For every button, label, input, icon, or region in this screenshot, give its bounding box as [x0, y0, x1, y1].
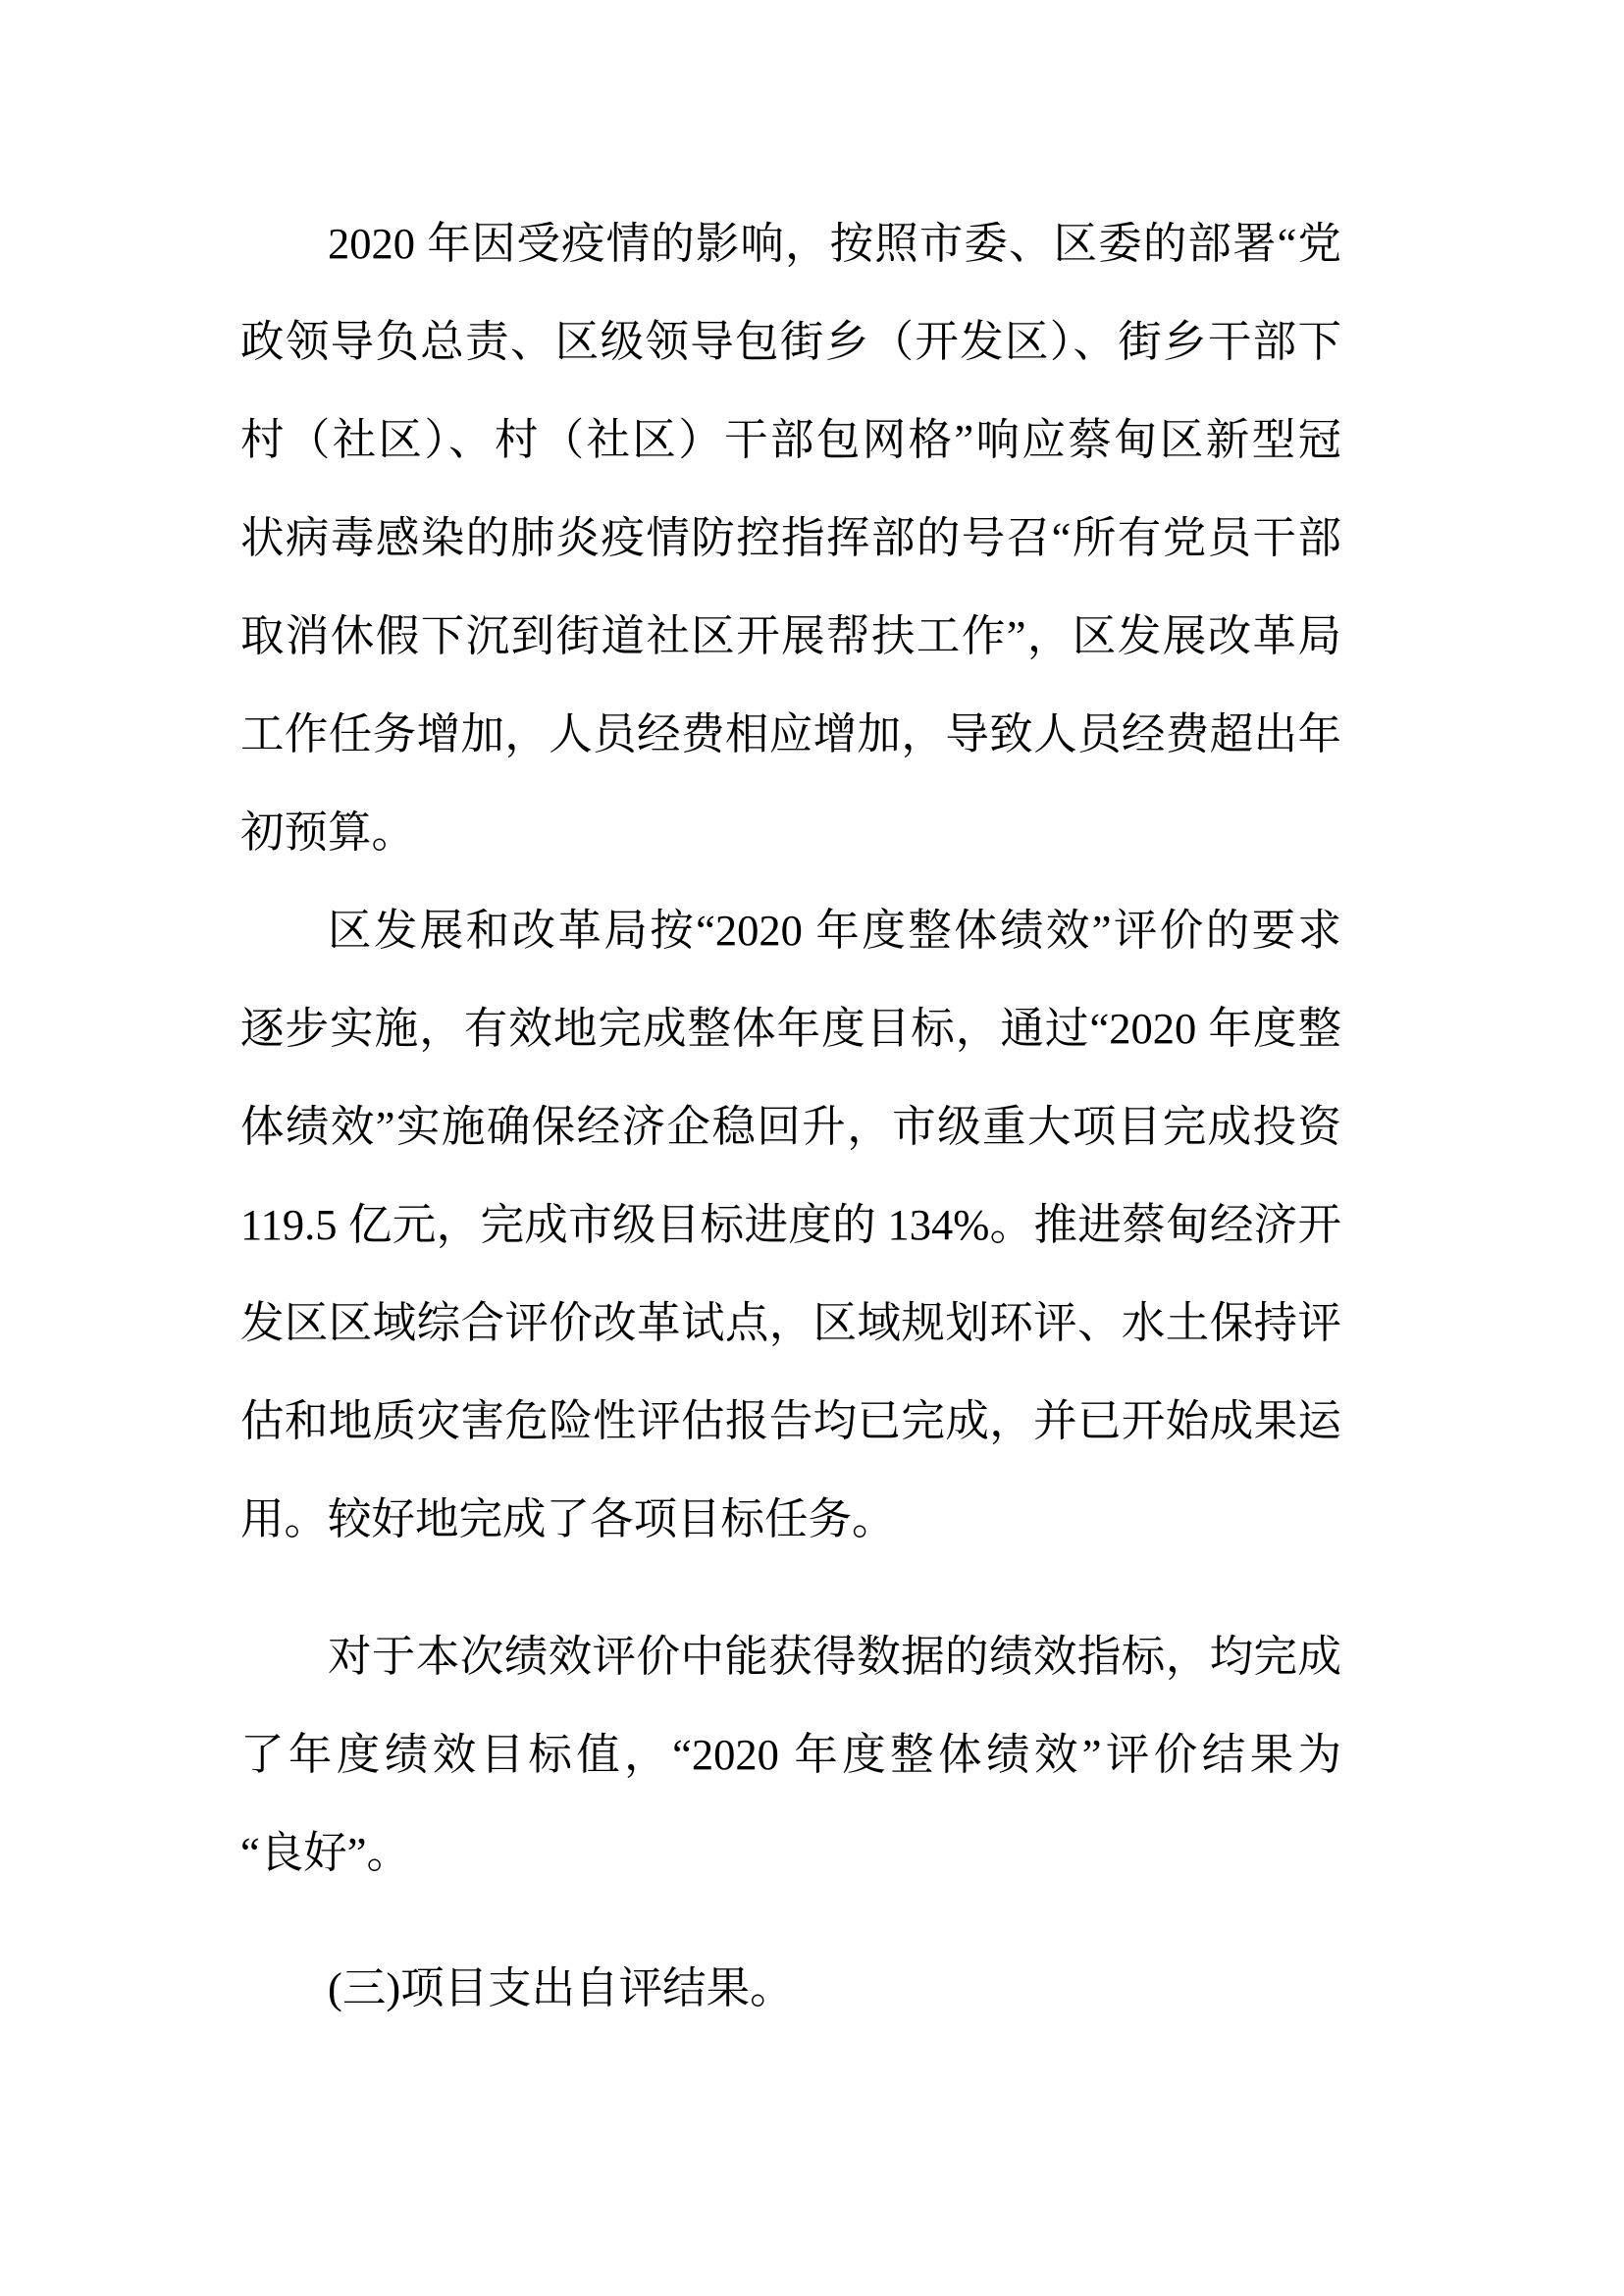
paragraph-3: 对于本次绩效评价中能获得数据的绩效指标，均完成 了年度绩效目标值，“2020 年… — [240, 1607, 1341, 1902]
text-line: 工作任务增加，人员经费相应增加，导致人员经费超出年 — [240, 685, 1341, 783]
text-line: 初预算。 — [240, 783, 1341, 881]
text-line: (三)项目支出自评结果。 — [240, 1939, 1341, 2037]
text-line: 村（社区）、村（社区）干部包网格”响应蔡甸区新型冠 — [240, 391, 1341, 489]
document-body: 2020 年因受疫情的影响，按照市委、区委的部署“党 政领导负总责、区级领导包街… — [240, 194, 1341, 2037]
paragraph-2: 区发展和改革局按“2020 年度整体绩效”评价的要求 逐步实施，有效地完成整体年… — [240, 881, 1341, 1568]
text-line: 估和地质灾害危险性评估报告均已完成，并已开始成果运 — [240, 1372, 1341, 1470]
text-line: 2020 年因受疫情的影响，按照市委、区委的部署“党 — [240, 194, 1341, 292]
paragraph-1: 2020 年因受疫情的影响，按照市委、区委的部署“党 政领导负总责、区级领导包街… — [240, 194, 1341, 881]
text-line: 政领导负总责、区级领导包街乡（开发区）、街乡干部下 — [240, 292, 1341, 391]
text-line: 取消休假下沉到街道社区开展帮扶工作”，区发展改革局 — [240, 587, 1341, 685]
paragraph-4-heading: (三)项目支出自评结果。 — [240, 1939, 1341, 2037]
text-line: 发区区域综合评价改革试点，区域规划环评、水土保持评 — [240, 1274, 1341, 1372]
text-line: 状病毒感染的肺炎疫情防控指挥部的号召“所有党员干部 — [240, 489, 1341, 587]
text-line: 了年度绩效目标值，“2020 年度整体绩效”评价结果为 — [240, 1705, 1341, 1803]
document-page: 2020 年因受疫情的影响，按照市委、区委的部署“党 政领导负总责、区级领导包街… — [0, 0, 1624, 2296]
text-line: 区发展和改革局按“2020 年度整体绩效”评价的要求 — [240, 881, 1341, 979]
text-line: “良好”。 — [240, 1803, 1341, 1902]
text-line: 对于本次绩效评价中能获得数据的绩效指标，均完成 — [240, 1607, 1341, 1705]
text-line: 用。较好地完成了各项目标任务。 — [240, 1470, 1341, 1568]
text-line: 体绩效”实施确保经济企稳回升，市级重大项目完成投资 — [240, 1077, 1341, 1175]
text-line: 119.5 亿元，完成市级目标进度的 134%。推进蔡甸经济开 — [240, 1175, 1341, 1274]
text-line: 逐步实施，有效地完成整体年度目标，通过“2020 年度整 — [240, 979, 1341, 1077]
